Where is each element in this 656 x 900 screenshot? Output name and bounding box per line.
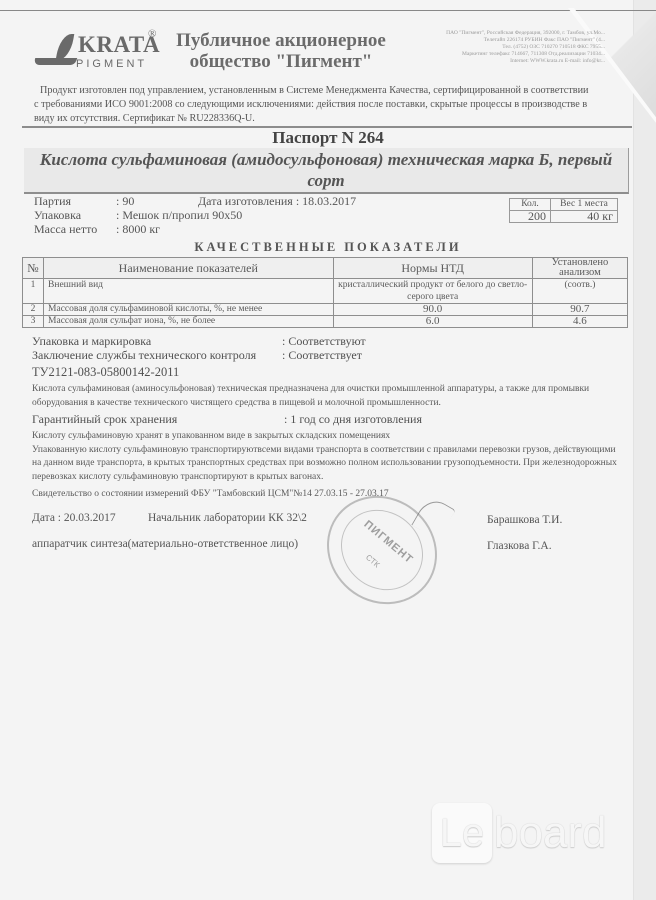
qty-count: 200	[510, 211, 551, 223]
batch-number: Партия: 90	[34, 194, 134, 209]
manufacture-date: Дата изготовления : 18.03.2017	[198, 194, 356, 209]
table-row: 1 Внешний вид кристаллический продукт от…	[23, 279, 628, 304]
quality-title: КАЧЕСТВЕННЫЕ ПОКАЗАТЕЛИ	[0, 240, 656, 255]
product-name: Кислота сульфаминовая (амидосульфоновая)…	[24, 149, 628, 191]
document-page: KRATA ® PIGMENT Публичное акционерное об…	[0, 0, 656, 900]
company-contacts: ПАО "Пигмент", Российская Федерация, 392…	[405, 30, 605, 65]
leboard-watermark: Le board	[432, 802, 607, 864]
certificate-text: Свидетельство о состоянии измерений ФБУ …	[32, 488, 627, 502]
purpose-text: Кислота сульфаминовая (аминосульфоновая)…	[32, 383, 627, 410]
lab-head-name: Барашкова Т.И.	[487, 514, 562, 526]
watermark-box: Le	[432, 803, 492, 863]
registered-mark: ®	[148, 28, 156, 40]
quantity-table: Кол. Вес 1 места 200 40 кг	[509, 198, 618, 223]
technical-spec: ТУ2121-083-05800142-2011	[32, 365, 179, 380]
company-name: Публичное акционерное общество "Пигмент"	[166, 30, 396, 72]
storage-text: Кислоту сульфаминовую хранят в упакованн…	[32, 430, 627, 484]
operator-title: аппаратчик синтеза(материально-ответстве…	[32, 538, 298, 550]
issue-date: Дата : 20.03.2017	[32, 512, 116, 524]
qty-weight: 40 кг	[551, 211, 618, 223]
table-row: 3 Массовая доля сульфат иона, %, не боле…	[23, 316, 628, 328]
logo-base-shape	[33, 58, 78, 65]
quality-table: № Наименование показателей Нормы НТД Уст…	[22, 257, 628, 328]
operator-name: Глазкова Г.А.	[487, 540, 552, 552]
packaging-conclusion: Упаковка и маркировка: Соответствуют	[32, 334, 366, 349]
warranty-period: Гарантийный срок хранения: 1 год со дня …	[32, 412, 422, 427]
table-row: 2 Массовая доля сульфаминовой кислоты, %…	[23, 304, 628, 316]
logo-sub: PIGMENT	[76, 58, 147, 70]
table-header-row: № Наименование показателей Нормы НТД Уст…	[23, 258, 628, 279]
packaging: Упаковка: Мешок п/пропил 90х50	[34, 208, 242, 223]
qms-notice: Продукт изготовлен под управлением, уста…	[34, 84, 629, 126]
control-conclusion: Заключение службы технического контроля:…	[32, 348, 362, 363]
net-mass: Масса нетто: 8000 кг	[34, 222, 160, 237]
passport-title: Паспорт N 264	[0, 128, 656, 148]
lab-head-title: Начальник лаборатории КК 32\2	[148, 512, 307, 524]
company-logo: KRATA ® PIGMENT	[30, 28, 165, 73]
leaf-icon	[56, 34, 75, 60]
watermark-text: board	[494, 808, 607, 858]
product-name-box: Кислота сульфаминовая (амидосульфоновая)…	[24, 148, 629, 194]
